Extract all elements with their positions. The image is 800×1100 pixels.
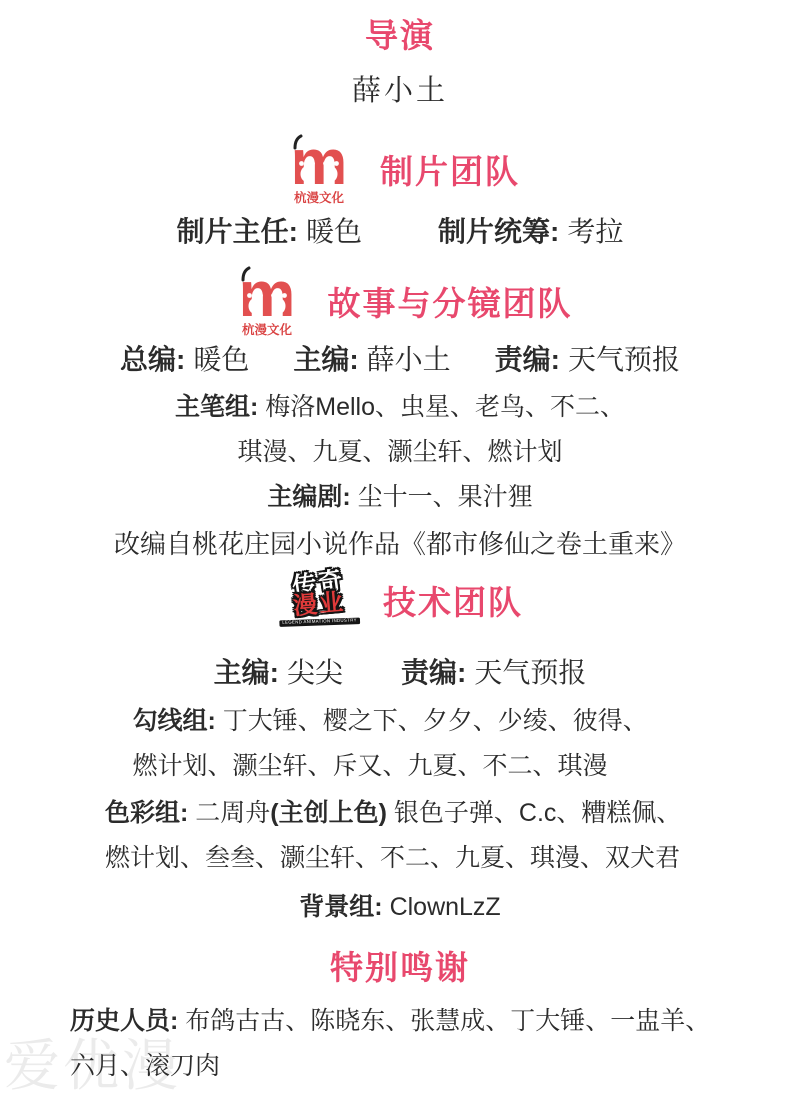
- group-members: ClownLzZ: [390, 893, 501, 921]
- section-title-story: 故事与分镜团队: [328, 278, 573, 325]
- logo-caption: 杭漫文化: [294, 190, 345, 205]
- hangman-culture-logo-icon: m 杭漫文化: [228, 264, 306, 338]
- tech-section-header: 传奇 漫业 LEGEND ANIMATION INDUSTRY 技术团队: [0, 572, 800, 628]
- group-members: 梅洛Mello、虫星、老鸟、不二、琪漫、九夏、灏尘轩、燃计划: [237, 393, 625, 466]
- history-staff-credits: 历史人员: 布鸽古古、陈晓东、张慧成、丁大锤、一盅羊、六月、滚刀肉: [70, 999, 730, 1089]
- group-lead-note: (主创上色): [270, 799, 387, 827]
- role-responsible-editor: 责编:天气预报: [495, 338, 680, 378]
- role-production-coordinator: 制片统筹:考拉: [438, 210, 623, 250]
- adaptation-note: 改编自桃花庄园小说作品《都市修仙之卷土重来》: [0, 524, 800, 561]
- section-title-production: 制片团队: [380, 146, 520, 193]
- logo-banner-text: LEGEND ANIMATION INDUSTRY: [279, 618, 360, 627]
- legend-comics-logo-icon: 传奇 漫业 LEGEND ANIMATION INDUSTRY: [276, 571, 362, 630]
- group-label: 主笔组:: [175, 393, 258, 421]
- role-production-director: 制片主任:暖色: [177, 210, 362, 250]
- role-tech-responsible-editor: 责编:天气预报: [401, 651, 586, 691]
- story-section-header: m 杭漫文化 故事与分镜团队: [0, 264, 800, 338]
- pen-group-credits: 主笔组: 梅洛Mello、虫星、老鸟、不二、琪漫、九夏、灏尘轩、燃计划: [165, 385, 635, 475]
- lineart-group-credits: 勾线组: 丁大锤、樱之下、夕夕、少绫、彼得、燃计划、灏尘轩、斥又、九夏、不二、琪…: [133, 699, 668, 789]
- hangman-culture-logo-icon: m 杭漫文化: [280, 132, 358, 206]
- tech-roles-line: 主编:尖尖 责编:天气预报: [0, 651, 800, 691]
- group-label: 历史人员:: [70, 1007, 178, 1035]
- group-label: 勾线组:: [133, 707, 216, 735]
- group-members: 尘十一、果汁狸: [358, 483, 533, 511]
- writer-group-credits: 主编剧: 尘十一、果汁狸: [0, 477, 800, 513]
- group-lead: 二周舟: [195, 799, 270, 827]
- logo-caption: 杭漫文化: [241, 322, 292, 337]
- role-chief-editor: 总编:暖色: [120, 338, 249, 378]
- director-name: 薛小土: [0, 68, 800, 109]
- story-roles-line: 总编:暖色 主编:薛小土 责编:天气预报: [0, 338, 800, 378]
- logo-letter-m: m: [291, 132, 348, 198]
- production-roles-line: 制片主任:暖色 制片统筹:考拉: [0, 210, 800, 250]
- role-editor: 主编:薛小土: [293, 338, 450, 378]
- background-group-credits: 背景组: ClownLzZ: [0, 887, 800, 923]
- section-title-thanks: 特别鸣谢: [0, 942, 800, 989]
- group-label: 主编剧:: [267, 483, 350, 511]
- svg-text:m: m: [238, 264, 295, 330]
- group-members: 银色子弹、C.c、糟糕佩、燃计划、叁叁、灏尘轩、不二、九夏、琪漫、双犬君: [105, 799, 681, 872]
- logo-text-bottom: 漫业: [292, 591, 346, 619]
- group-label: 色彩组:: [105, 799, 188, 827]
- credits-page: 爱优漫 导演 薛小土 m 杭漫文化 制片团队 制片主任:暖色 制片统: [0, 0, 800, 1100]
- section-title-tech: 技术团队: [383, 577, 523, 624]
- section-title-director: 导演: [0, 10, 800, 57]
- production-section-header: m 杭漫文化 制片团队: [0, 132, 800, 206]
- color-group-credits: 色彩组: 二周舟(主创上色) 银色子弹、C.c、糟糕佩、燃计划、叁叁、灏尘轩、不…: [105, 791, 695, 881]
- role-tech-editor: 主编:尖尖: [214, 651, 343, 691]
- group-label: 背景组:: [299, 893, 382, 921]
